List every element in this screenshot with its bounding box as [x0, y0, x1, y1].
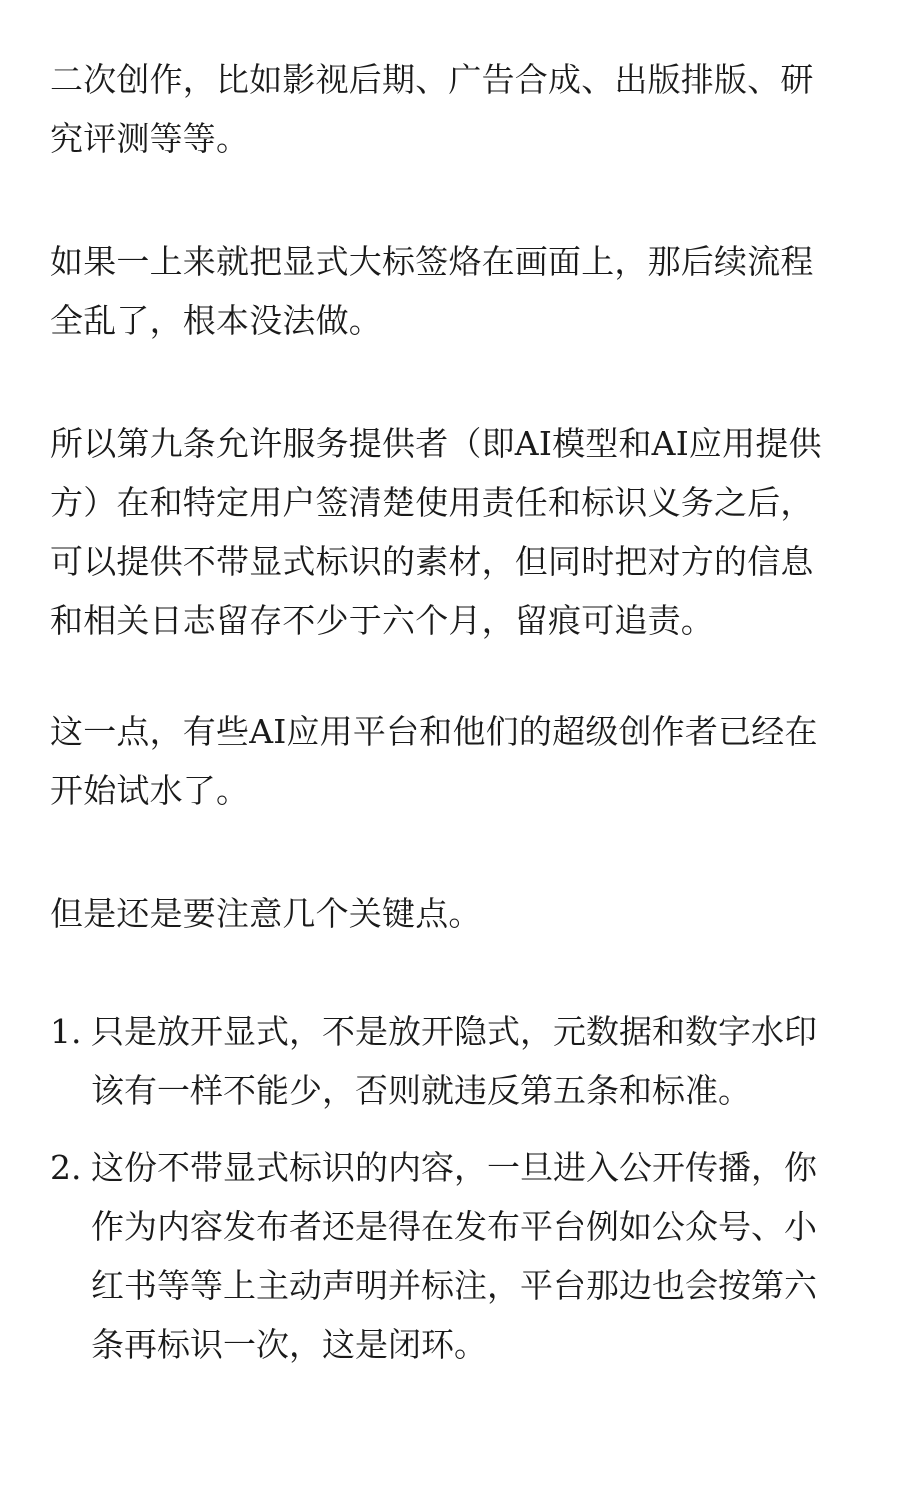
paragraph-secondary-creation: 二次创作，比如影视后期、广告合成、出版排版、研 究评测等等。 — [50, 50, 840, 168]
text-line: 该有一样不能少，否则就违反第五条和标准。 — [91, 1061, 817, 1120]
text-line: 条再标识一次，这是闭环。 — [91, 1315, 817, 1374]
text-line: 和相关日志留存不少于六个月，留痕可追责。 — [50, 591, 840, 650]
text-line: 全乱了，根本没法做。 — [50, 291, 840, 350]
text-line: 只是放开显式，不是放开隐式，元数据和数字水印 — [91, 1002, 817, 1061]
text-line: 可以提供不带显式标识的素材，但同时把对方的信息 — [50, 532, 840, 591]
text-line: 究评测等等。 — [50, 109, 840, 168]
text-line: 这份不带显式标识的内容，一旦进入公开传播，你 — [91, 1138, 817, 1197]
text-line: 二次创作，比如影视后期、广告合成、出版排版、研 — [50, 50, 840, 109]
text-line: 方）在和特定用户签清楚使用责任和标识义务之后， — [50, 473, 840, 532]
text-line: 作为内容发布者还是得在发布平台例如公众号、小 — [91, 1197, 817, 1256]
paragraph-article-nine: 所以第九条允许服务提供者（即AI模型和AI应用提供 方）在和特定用户签清楚使用责… — [50, 414, 840, 650]
text-line: 开始试水了。 — [50, 761, 840, 820]
list-number: 1. — [50, 1002, 90, 1061]
text-line: 所以第九条允许服务提供者（即AI模型和AI应用提供 — [50, 414, 840, 473]
paragraph-platforms-trial: 这一点，有些AI应用平台和他们的超级创作者已经在 开始试水了。 — [50, 702, 840, 820]
list-item-body: 只是放开显式，不是放开隐式，元数据和数字水印 该有一样不能少，否则就违反第五条和… — [91, 1002, 817, 1120]
text-line: 这一点，有些AI应用平台和他们的超级创作者已经在 — [50, 702, 840, 761]
text-line: 红书等等上主动声明并标注，平台那边也会按第六 — [91, 1256, 817, 1315]
text-line: 如果一上来就把显式大标签烙在画面上，那后续流程 — [50, 232, 840, 291]
list-item-body: 这份不带显式标识的内容，一旦进入公开传播，你 作为内容发布者还是得在发布平台例如… — [91, 1138, 817, 1374]
paragraph-explicit-label-problem: 如果一上来就把显式大标签烙在画面上，那后续流程 全乱了，根本没法做。 — [50, 232, 840, 350]
text-line: 但是还是要注意几个关键点。 — [50, 884, 840, 943]
paragraph-key-points-intro: 但是还是要注意几个关键点。 — [50, 884, 840, 943]
list-number: 2. — [50, 1138, 90, 1197]
